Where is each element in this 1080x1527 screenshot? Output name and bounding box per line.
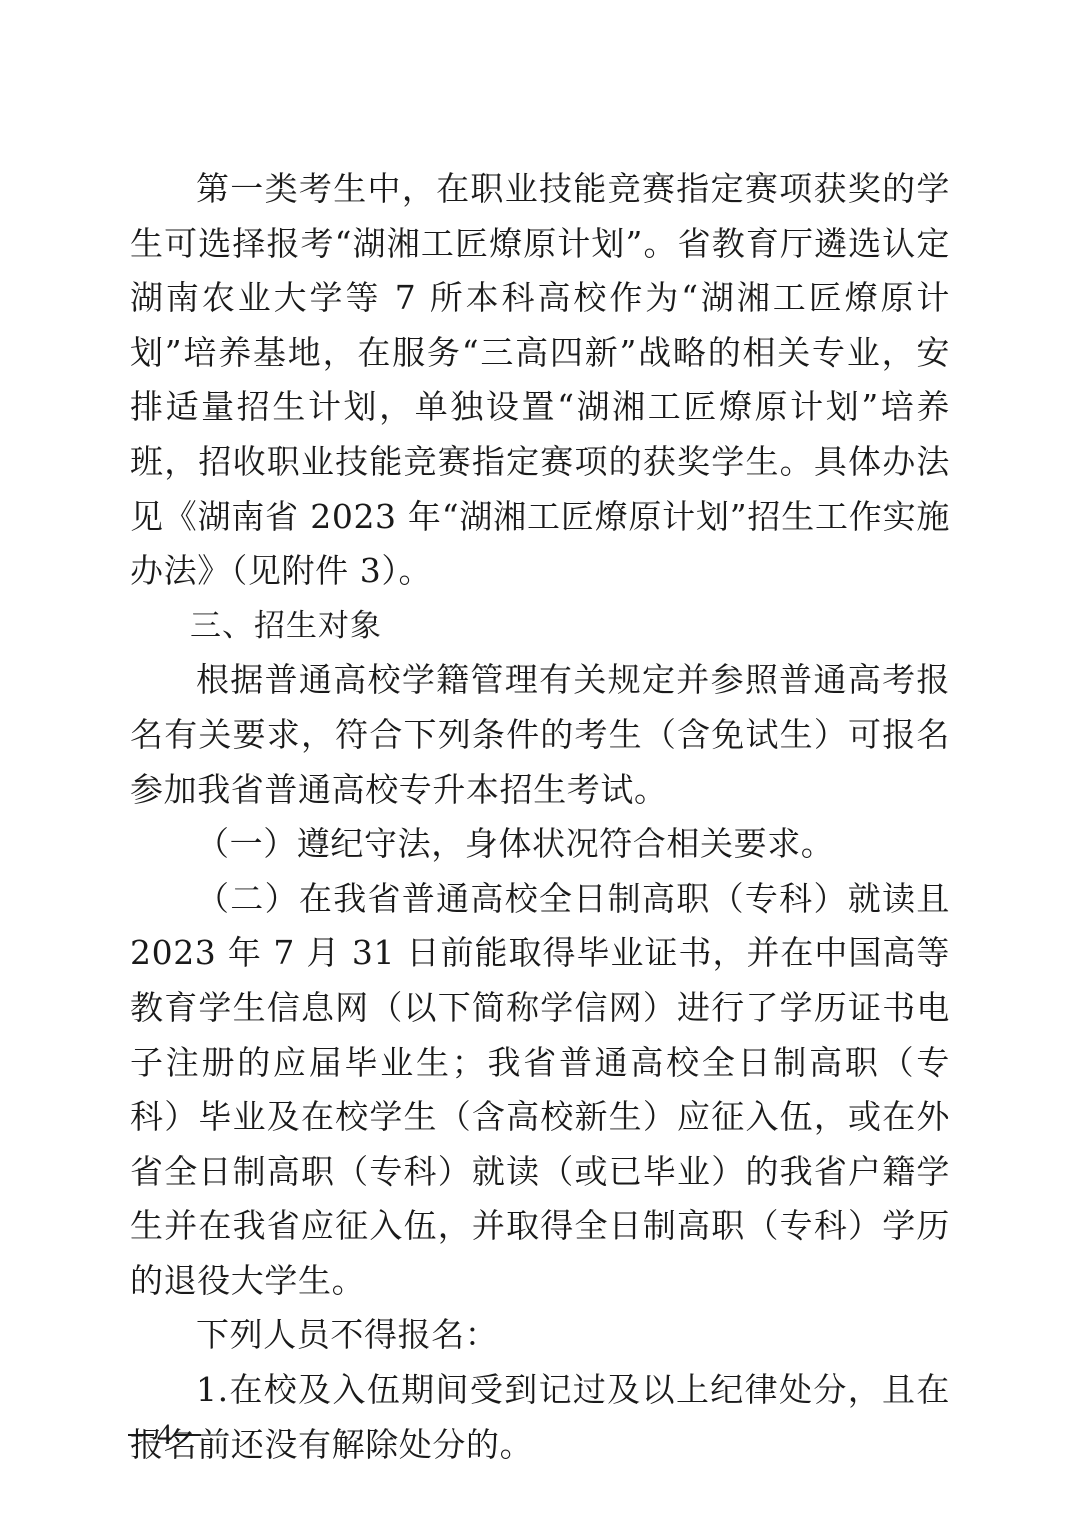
paragraph-eligibility-intro: 根据普通高校学籍管理有关规定并参照普通高考报名有关要求，符合下列条件的考生（含免… bbox=[130, 653, 950, 817]
paragraph-condition-1: （一）遵纪守法，身体状况符合相关要求。 bbox=[130, 817, 950, 872]
page-footer: 4 bbox=[128, 1418, 201, 1452]
paragraph-exclusions-intro: 下列人员不得报名： bbox=[130, 1308, 950, 1363]
page-number: 4 bbox=[157, 1418, 172, 1452]
footer-dash-right bbox=[175, 1434, 201, 1436]
footer-dash-left bbox=[128, 1434, 154, 1436]
paragraph-exclusion-1: 1.在校及入伍期间受到记过及以上纪律处分，且在报名前还没有解除处分的。 bbox=[130, 1363, 950, 1472]
document-page: 第一类考生中，在职业技能竞赛指定赛项获奖的学生可选择报考“湖湘工匠燎原计划”。省… bbox=[130, 162, 950, 1472]
paragraph-condition-2: （二）在我省普通高校全日制高职（专科）就读且 2023 年 7 月 31 日前能… bbox=[130, 872, 950, 1309]
section-heading-enrollment-targets: 三、招生对象 bbox=[130, 599, 950, 654]
paragraph-craftsman-plan: 第一类考生中，在职业技能竞赛指定赛项获奖的学生可选择报考“湖湘工匠燎原计划”。省… bbox=[130, 162, 950, 599]
